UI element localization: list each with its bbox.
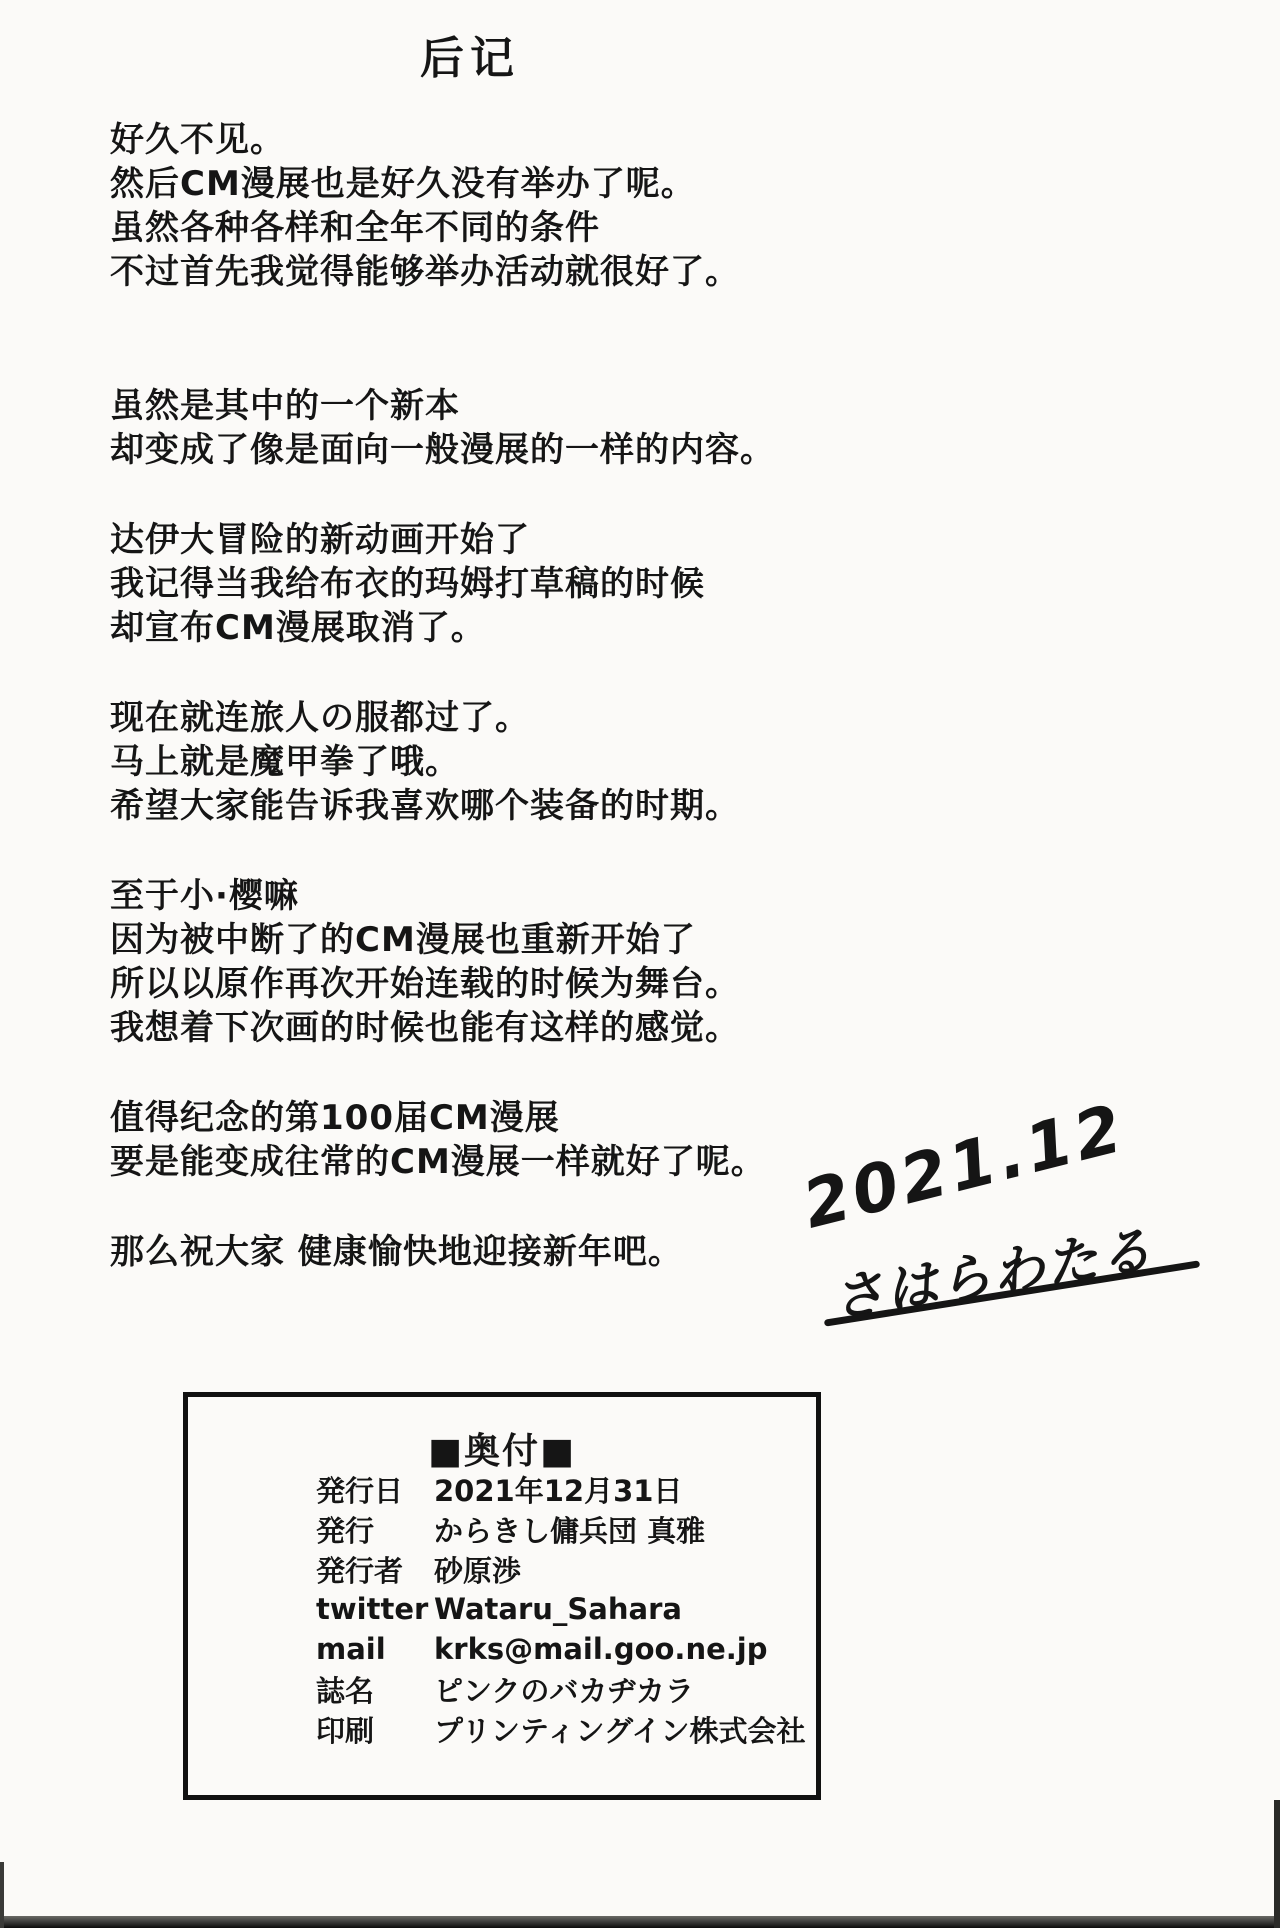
paragraph: 好久不见。然后CM漫展也是好久没有举办了呢。虽然各种各样和全年不同的条件不过首先… <box>110 118 850 294</box>
text-line: 至于小·樱嘛 <box>110 874 850 918</box>
colophon-value: からきし傭兵団 真雅 <box>434 1509 705 1550</box>
scan-edge-right <box>1274 1800 1280 1928</box>
scan-edge-bottom <box>0 1916 1280 1928</box>
text-line: 那么祝大家 健康愉快地迎接新年吧。 <box>110 1230 850 1274</box>
text-line: 要是能变成往常的CM漫展一样就好了呢。 <box>110 1140 850 1184</box>
colophon-row: mailkrks@mail.goo.ne.jp <box>316 1629 796 1669</box>
text-line: 不过首先我觉得能够举办活动就很好了。 <box>110 250 850 294</box>
scan-edge-left <box>0 1862 4 1928</box>
text-line: 现在就连旅人の服都过了。 <box>110 696 850 740</box>
colophon-row: 発行者砂原渉 <box>316 1549 796 1589</box>
text-line: 因为被中断了的CM漫展也重新开始了 <box>110 918 850 962</box>
paragraph: 至于小·樱嘛因为被中断了的CM漫展也重新开始了所以以原作再次开始连载的时候为舞台… <box>110 874 850 1050</box>
colophon-row: 発行日2021年12月31日 <box>316 1469 796 1509</box>
text-line: 却变成了像是面向一般漫展的一样的内容。 <box>110 428 850 472</box>
colophon-row: 誌名ピンクのバカヂカラ <box>316 1669 796 1709</box>
text-line: 达伊大冒险的新动画开始了 <box>110 518 850 562</box>
paragraph: 达伊大冒险的新动画开始了我记得当我给布衣的玛姆打草稿的时候却宣布CM漫展取消了。 <box>110 518 850 650</box>
text-line: 值得纪念的第100届CM漫展 <box>110 1096 850 1140</box>
text-line: 好久不见。 <box>110 118 850 162</box>
colophon-label: 発行日 <box>316 1469 434 1510</box>
text-line: 然后CM漫展也是好久没有举办了呢。 <box>110 162 850 206</box>
page-title: 后记 <box>110 22 830 86</box>
text-line: 所以以原作再次开始连载的时候为舞台。 <box>110 962 850 1006</box>
paragraph: 那么祝大家 健康愉快地迎接新年吧。 <box>110 1230 850 1274</box>
colophon-value: Wataru_Sahara <box>434 1592 682 1626</box>
colophon-value: 砂原渉 <box>434 1549 521 1590</box>
text-line: 我记得当我给布衣的玛姆打草稿的时候 <box>110 562 850 606</box>
colophon-value: ピンクのバカヂカラ <box>434 1669 694 1710</box>
paragraph: 值得纪念的第100届CM漫展要是能变成往常的CM漫展一样就好了呢。 <box>110 1096 850 1184</box>
text-line: 马上就是魔甲拳了哦。 <box>110 740 850 784</box>
paragraph: 虽然是其中的一个新本却变成了像是面向一般漫展的一样的内容。 <box>110 384 850 472</box>
colophon-row: 発行からきし傭兵団 真雅 <box>316 1509 796 1549</box>
colophon-label: 誌名 <box>316 1669 434 1710</box>
colophon-value: 2021年12月31日 <box>434 1469 682 1510</box>
colophon-label: twitter <box>316 1592 434 1626</box>
colophon-label: 発行 <box>316 1509 434 1550</box>
colophon-label: 発行者 <box>316 1549 434 1590</box>
colophon-value: krks@mail.goo.ne.jp <box>434 1632 767 1666</box>
text-line: 希望大家能告诉我喜欢哪个装备的时期。 <box>110 784 850 828</box>
paragraph: 现在就连旅人の服都过了。马上就是魔甲拳了哦。希望大家能告诉我喜欢哪个装备的时期。 <box>110 696 850 828</box>
colophon-row: twitterWataru_Sahara <box>316 1589 796 1629</box>
text-line: 虽然是其中的一个新本 <box>110 384 850 428</box>
afterword-body: 好久不见。然后CM漫展也是好久没有举办了呢。虽然各种各样和全年不同的条件不过首先… <box>110 118 850 1320</box>
colophon-label: 印刷 <box>316 1709 434 1750</box>
text-line: 却宣布CM漫展取消了。 <box>110 606 850 650</box>
text-line: 虽然各种各样和全年不同的条件 <box>110 206 850 250</box>
colophon-label: mail <box>316 1632 434 1666</box>
text-line: 我想着下次画的时候也能有这样的感觉。 <box>110 1006 850 1050</box>
colophon-box: ■奥付■ 発行日2021年12月31日発行からきし傭兵団 真雅発行者砂原渉twi… <box>183 1392 821 1800</box>
colophon-row: 印刷プリンティングイン株式会社 <box>316 1709 796 1749</box>
colophon-rows: 発行日2021年12月31日発行からきし傭兵団 真雅発行者砂原渉twitterW… <box>316 1469 796 1749</box>
colophon-title: ■奥付■ <box>188 1423 816 1474</box>
signature-flourish <box>824 1260 1200 1326</box>
colophon-value: プリンティングイン株式会社 <box>434 1709 806 1750</box>
